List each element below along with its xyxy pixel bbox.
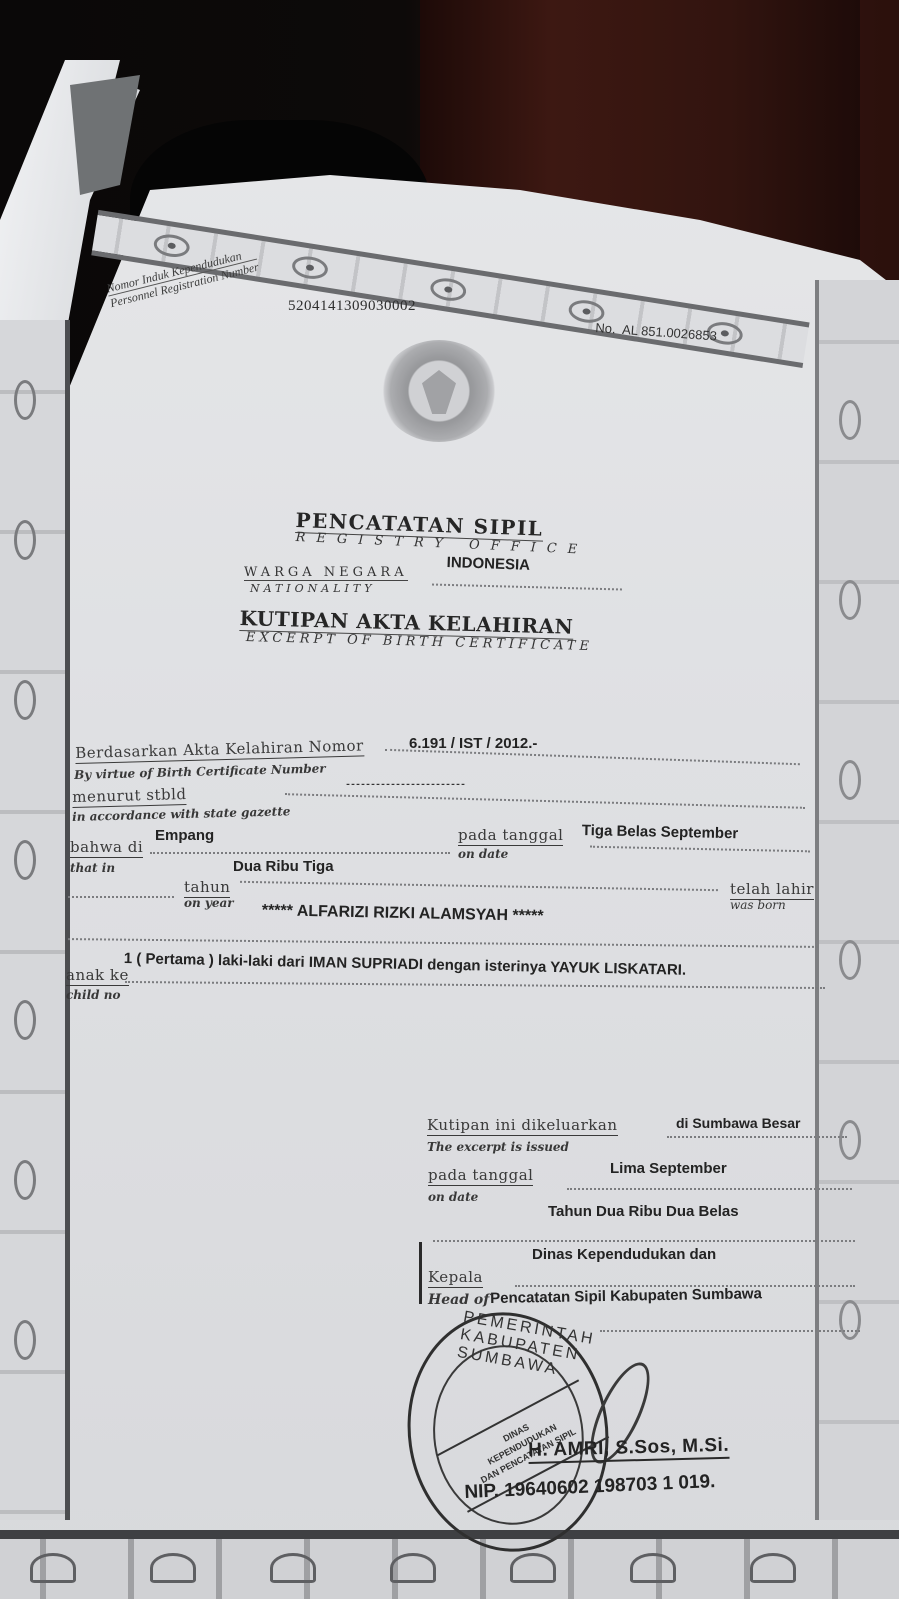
border-ornament-icon [270, 1553, 316, 1583]
stbld-value: ------------------------ [345, 780, 465, 791]
border-ornament-icon [14, 380, 36, 420]
border-ornament-icon [839, 760, 861, 800]
border-ornament-icon [14, 1320, 36, 1360]
dotted-line [567, 1188, 852, 1190]
serial-label: No. [595, 320, 616, 336]
border-ornament-icon [429, 276, 468, 303]
curled-page-shadow [70, 75, 140, 195]
birth-date-label: pada tanggal [458, 826, 563, 846]
dotted-line [150, 852, 450, 854]
place-value: Empang [155, 827, 214, 844]
place-label: bahwa di [70, 838, 143, 858]
born-label-en: was born [730, 898, 786, 912]
issued-label-en: The excerpt is issued [427, 1140, 569, 1154]
border-ornament-icon [14, 1160, 36, 1200]
border-ornament-icon [390, 1553, 436, 1583]
born-label: telah lahir [730, 880, 814, 900]
issued-date-value: Lima September [610, 1160, 727, 1177]
issued-date-label: pada tanggal [428, 1166, 533, 1186]
issued-label: Kutipan ini dikeluarkan [427, 1116, 618, 1136]
border-ornament-icon [510, 1553, 556, 1583]
border-ornament-icon [14, 1000, 36, 1040]
border-ornament-icon [14, 520, 36, 560]
dotted-line [433, 1240, 855, 1242]
border-ornament-icon [839, 940, 861, 980]
place-label-en: that in [70, 861, 115, 875]
nik-value: 5204141309030002 [288, 298, 416, 315]
birth-date-label-en: on date [458, 847, 508, 861]
border-ornament-icon [290, 254, 329, 281]
nationality-label: WARGA NEGARA [244, 565, 408, 581]
nationality-label-en: NATIONALITY [250, 582, 376, 595]
birth-year-label: tahun [184, 878, 230, 898]
head-label-en: Head of [428, 1292, 489, 1308]
border-ornament-icon [839, 1300, 861, 1340]
issued-place: di Sumbawa Besar [676, 1115, 801, 1131]
border-ornament-icon [152, 232, 191, 259]
stbld-label: menurut stbld [72, 785, 187, 808]
dotted-line [68, 896, 174, 898]
border-ornament-icon [14, 840, 36, 880]
child-no-label: anak ke [66, 966, 129, 986]
dotted-line [600, 1330, 860, 1332]
border-ornament-icon [630, 1553, 676, 1583]
ornamental-border-left [0, 320, 70, 1520]
garuda-emblem-icon [380, 340, 498, 442]
birth-date-value: Tiga Belas September [582, 822, 739, 842]
ornamental-border-right [815, 280, 899, 1520]
border-ornament-icon [150, 1553, 196, 1583]
signature-mark [419, 1242, 422, 1304]
border-ornament-icon [14, 680, 36, 720]
child-no-label-en: child no [66, 988, 120, 1002]
birth-year-label-en: on year [184, 896, 234, 910]
border-ornament-icon [839, 1120, 861, 1160]
head-label: Kepala [428, 1268, 483, 1288]
office-line-1: Dinas Kependudukan dan [532, 1246, 716, 1263]
ornamental-border-bottom [0, 1530, 899, 1599]
nationality-value: INDONESIA [446, 554, 530, 574]
issued-year-value: Tahun Dua Ribu Dua Belas [548, 1203, 739, 1220]
issued-date-label-en: on date [428, 1190, 478, 1204]
border-ornament-icon [839, 580, 861, 620]
border-ornament-icon [750, 1553, 796, 1583]
dotted-line [667, 1136, 847, 1138]
border-ornament-icon [839, 400, 861, 440]
birth-year-value: Dua Ribu Tiga [233, 858, 334, 875]
border-ornament-icon [30, 1553, 76, 1583]
